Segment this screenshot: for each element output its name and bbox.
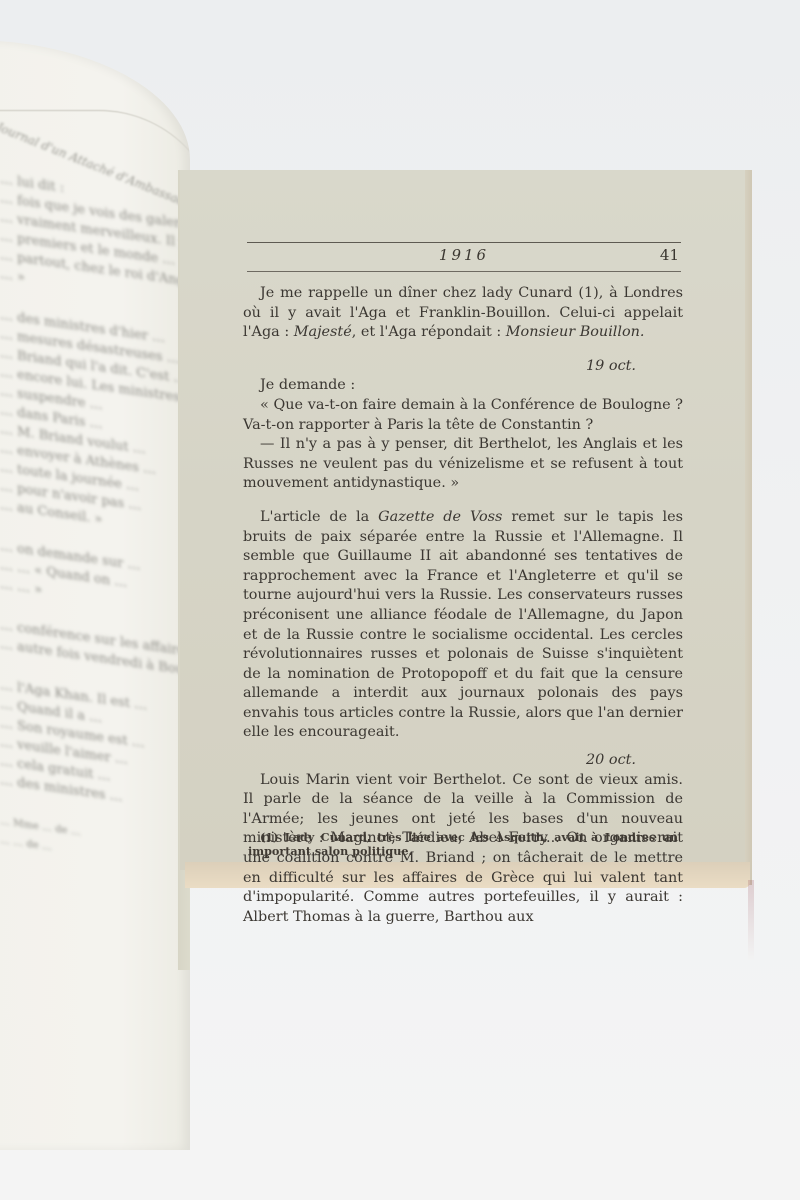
paragraph-lady-cunard: Je me rappelle un dîner chez lady Cunard…	[243, 284, 683, 343]
paragraph-reply: — Il n'y a pas à y penser, dit Berthelot…	[243, 435, 683, 494]
text-run: , et l'Aga répondait :	[352, 324, 506, 340]
paragraph: Je demande :	[243, 376, 683, 396]
entry-date: 20 oct.	[243, 751, 683, 771]
text-run: L'article de la	[260, 509, 378, 525]
spacer	[243, 343, 683, 357]
running-head: 1916 41	[247, 246, 681, 268]
page-number: 41	[660, 246, 679, 264]
left-page-text: … lui dit :… fois que je vois des galeri…	[0, 170, 190, 880]
running-head-title: 1916	[247, 246, 681, 264]
text-run: remet sur le tapis les bruits de paix sé…	[243, 509, 683, 741]
italic-run: Majesté	[294, 324, 352, 340]
paragraph-gazette: L'article de la Gazette de Voss remet su…	[243, 508, 683, 743]
header-rule-bottom	[247, 271, 681, 272]
italic-run: Monsieur Bouillon.	[506, 324, 645, 340]
paragraph-quote: « Que va-t-on faire demain à la Conféren…	[243, 396, 683, 435]
spacer	[243, 743, 683, 751]
footnote: (1) Lady Cunard, très liée avec les Asqu…	[248, 830, 678, 858]
italic-run: Gazette de Voss	[378, 509, 502, 525]
footnote-text: (1) Lady Cunard, très liée avec les Asqu…	[248, 830, 678, 858]
entry-date: 19 oct.	[243, 357, 683, 377]
spacer	[243, 494, 683, 508]
left-page: Journal d'un Attaché d'Ambassade … lui d…	[0, 40, 190, 1150]
page-edges-right	[745, 170, 752, 885]
cover-edge	[748, 880, 754, 960]
header-rule-top	[247, 242, 681, 243]
